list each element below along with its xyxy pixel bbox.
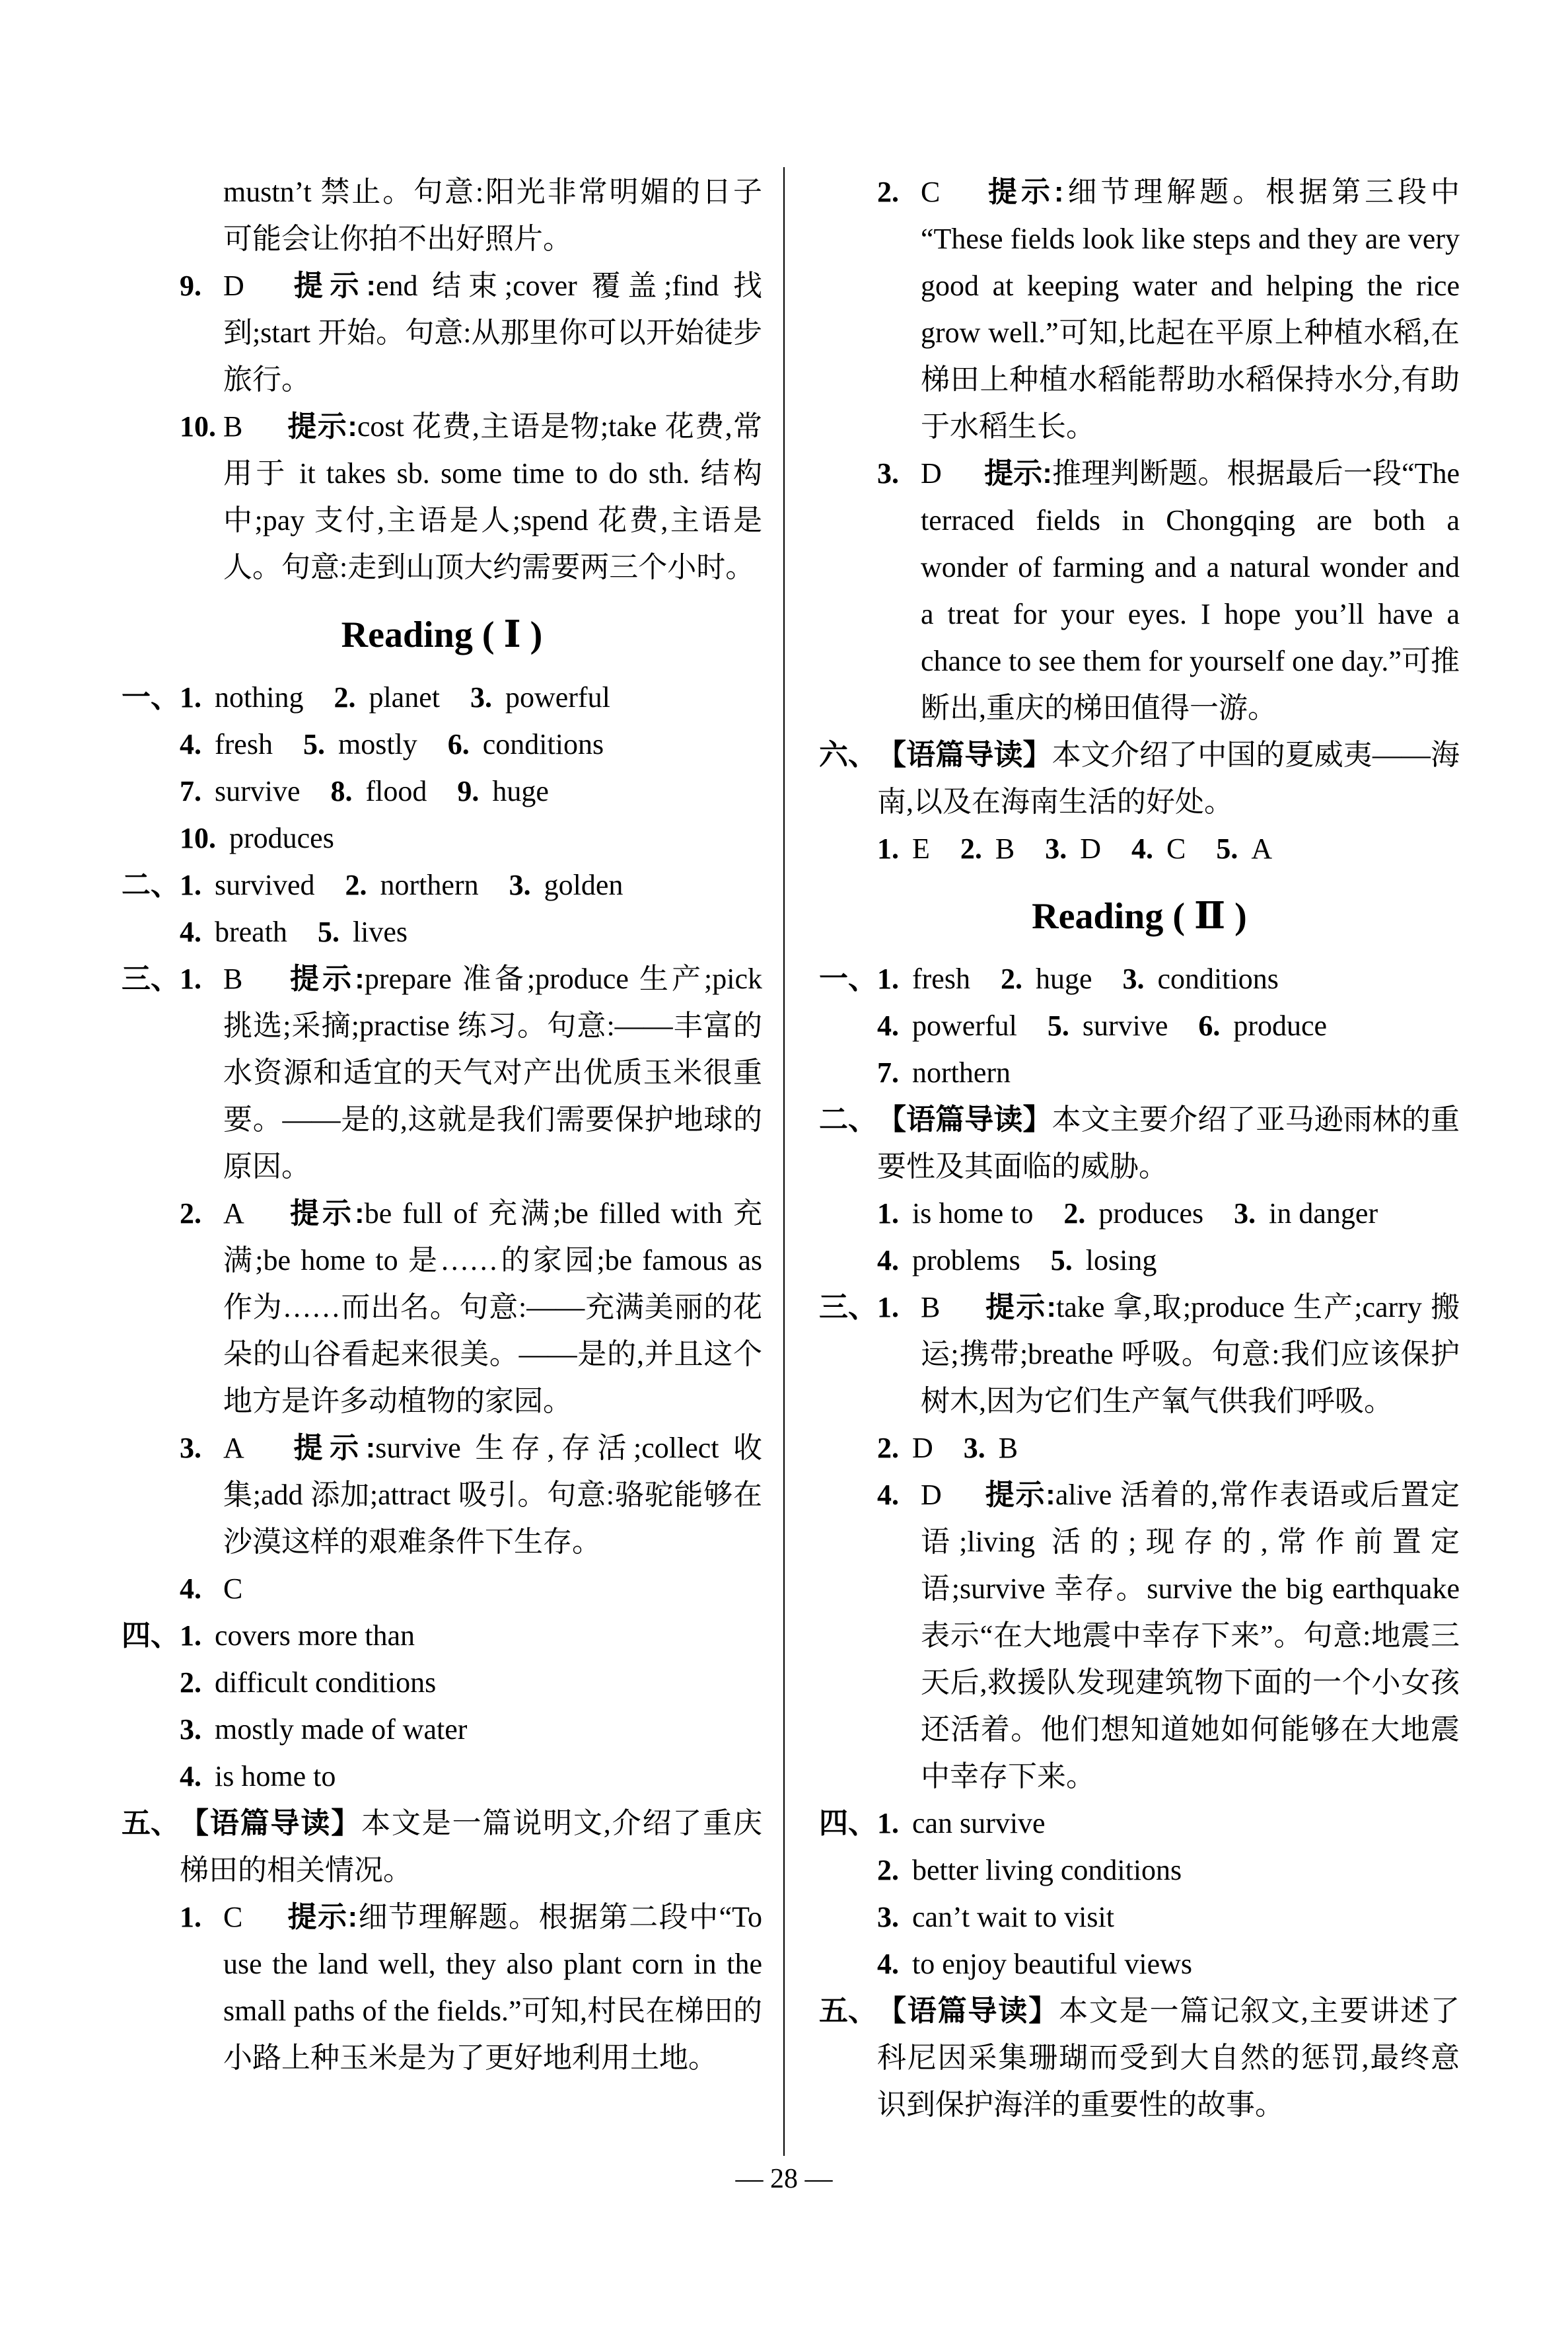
answer-pair: 4.powerful xyxy=(877,1002,1017,1049)
answer-pair: 2.northern xyxy=(345,862,479,908)
section-label: 五、 xyxy=(819,1987,877,2034)
explanation-text: mustn’t 禁止。句意:阳光非常明媚的日子可能会让你拍不出好照片。 xyxy=(223,176,762,255)
answer-number: 2. xyxy=(334,681,355,714)
item-number: 9. xyxy=(180,262,201,309)
answer-pair: 2.D xyxy=(877,1424,933,1471)
answer-word: is home to xyxy=(912,1197,1033,1230)
answer-explanation-item-right-0: 2.C提示:细节理解题。根据第三段中“These fields look lik… xyxy=(819,168,1460,450)
answer-pair: 6.produce xyxy=(1198,1002,1327,1049)
item-number: 4. xyxy=(877,1471,899,1518)
answer-word: powerful xyxy=(505,681,610,714)
item-number: 3. xyxy=(180,1424,201,1471)
answer-number: 3. xyxy=(1123,963,1145,995)
answer-number: 1. xyxy=(877,1807,899,1839)
answer-word: C xyxy=(1166,832,1186,865)
answer-letter: C xyxy=(223,1894,287,1940)
answer-word-line: 3.can’t wait to visit xyxy=(877,1894,1460,1940)
answer-word: produces xyxy=(1098,1197,1203,1230)
answer-pair: 2.produces xyxy=(1063,1190,1203,1237)
guide-bracket-label: 【语篇导读】 xyxy=(877,1103,1052,1136)
answer-explanation-item-right-8: 三、1.B提示:take 拿,取;produce 生产;carry 搬运;携带;… xyxy=(819,1284,1460,1424)
passage-guide-right-12: 五、【语篇导读】本文是一篇记叙文,主要讲述了科尼因采集珊瑚而受到大自然的惩罚,最… xyxy=(819,1987,1460,2128)
item-number: 10. xyxy=(180,403,216,450)
answer-word-line: 4.is home to xyxy=(180,1753,762,1800)
answer-explanation-item-left-8: 3.A提示:survive 生存,存活;collect 收集;add 添加;at… xyxy=(122,1424,762,1565)
explanation-continuation-left-0: mustn’t 禁止。句意:阳光非常明媚的日子可能会让你拍不出好照片。 xyxy=(122,168,762,262)
answer-word: nothing xyxy=(215,681,303,714)
passage-guide-right-6: 二、【语篇导读】本文主要介绍了亚马逊雨林的重要性及其面临的威胁。 xyxy=(819,1096,1460,1190)
answer-pair: 2.difficult conditions xyxy=(180,1659,436,1706)
answer-word: produce xyxy=(1233,1010,1327,1042)
explanation-text: 细节理解题。根据第三段中“These fields look like step… xyxy=(921,176,1460,443)
answer-word-line: 1.covers more than xyxy=(180,1612,762,1659)
answer-letter: C xyxy=(921,168,984,215)
answer-word: B xyxy=(995,832,1015,865)
answer-word: fresh xyxy=(215,728,273,760)
answer-word-line: 7.northern xyxy=(877,1049,1460,1096)
answer-word: huge xyxy=(492,775,549,807)
answer-explanation-item-right-10: 4.D提示:alive 活着的,常作表语或后置定语;living 活的;现存的,… xyxy=(819,1471,1460,1800)
answer-pair: 3.conditions xyxy=(1123,955,1279,1002)
answer-word: D xyxy=(912,1432,933,1464)
guide-bracket-label: 【语篇导读】 xyxy=(877,1995,1059,2027)
answer-pair: 3.powerful xyxy=(470,674,610,721)
answer-number: 8. xyxy=(331,775,353,807)
answer-number: 1. xyxy=(180,1619,201,1652)
answer-number: 3. xyxy=(1045,832,1067,865)
answer-letter: C xyxy=(223,1565,242,1612)
answer-word: breath xyxy=(215,916,287,948)
answer-word: survived xyxy=(215,869,315,901)
answer-word: northern xyxy=(912,1056,1011,1089)
answer-explanation-item-right-1: 3.D提示:推理判断题。根据最后一段“The terraced fields i… xyxy=(819,450,1460,731)
answer-word: to enjoy beautiful views xyxy=(912,1948,1192,1980)
answer-pair: 3.can’t wait to visit xyxy=(877,1894,1114,1940)
answer-word: survive xyxy=(1083,1010,1168,1042)
left-column: mustn’t 禁止。句意:阳光非常明媚的日子可能会让你拍不出好照片。9.D提示… xyxy=(122,168,762,2081)
answer-word-line: 4.fresh5.mostly6.conditions xyxy=(180,721,762,768)
answer-number: 3. xyxy=(1234,1197,1256,1230)
hint-label: 提示: xyxy=(287,410,357,443)
answer-word-group-right-9: 2.D3.B xyxy=(819,1424,1460,1471)
answer-number: 5. xyxy=(1048,1010,1069,1042)
passage-guide-right-2: 六、【语篇导读】本文介绍了中国的夏威夷——海南,以及在海南生活的好处。 xyxy=(819,731,1460,825)
answer-word: golden xyxy=(544,869,624,901)
answer-letter: B xyxy=(921,1284,984,1331)
answer-letter: A xyxy=(223,1190,287,1237)
reading-heading-left-3: Reading ( Ⅰ ) xyxy=(122,591,762,674)
answer-number: 5. xyxy=(303,728,325,760)
answer-word: survive xyxy=(215,775,301,807)
answer-word: conditions xyxy=(483,728,604,760)
answer-pair: 9.huge xyxy=(457,768,549,815)
hint-label: 提示: xyxy=(984,176,1064,208)
answer-word-group-right-11: 四、1.can survive2.better living condition… xyxy=(819,1800,1460,1987)
answer-explanation-item-left-7: 2.A提示:be full of 充满;be filled with 充满;be… xyxy=(122,1190,762,1424)
answer-number: 3. xyxy=(877,1901,899,1933)
hint-label: 提示: xyxy=(287,1901,357,1933)
answer-word-line: 1.is home to2.produces3.in danger xyxy=(877,1190,1460,1237)
answer-word-line: 1.can survive xyxy=(877,1800,1460,1847)
answer-number: 2. xyxy=(1001,963,1022,995)
answer-word: losing xyxy=(1086,1244,1157,1276)
answer-word-group-left-4: 一、1.nothing2.planet3.powerful4.fresh5.mo… xyxy=(122,674,762,862)
answer-letter: D xyxy=(223,262,287,309)
answer-pair: 4.C xyxy=(1131,825,1186,872)
section-label: 一、 xyxy=(122,674,180,721)
hint-label: 提示: xyxy=(984,1479,1055,1511)
answer-word: produces xyxy=(229,822,334,854)
answer-pair: 4.fresh xyxy=(180,721,273,768)
answer-pair: 3.D xyxy=(1045,825,1101,872)
hint-label: 提示: xyxy=(984,457,1052,490)
answer-word: covers more than xyxy=(215,1619,415,1652)
answer-letter: D xyxy=(921,450,984,497)
section-label: 六、 xyxy=(819,731,877,778)
answer-pair: 7.survive xyxy=(180,768,301,815)
item-number: 1. xyxy=(180,955,201,1002)
explanation-text: alive 活着的,常作表语或后置定语;living 活的;现存的,常作前置定语… xyxy=(921,1479,1460,1792)
hint-label: 提示: xyxy=(287,963,365,995)
answer-pair: 1.covers more than xyxy=(180,1612,415,1659)
answer-number: 2. xyxy=(180,1666,201,1699)
answer-word: huge xyxy=(1036,963,1092,995)
answer-number: 4. xyxy=(180,728,201,760)
answer-number: 6. xyxy=(448,728,470,760)
answer-word: planet xyxy=(369,681,440,714)
answer-word: powerful xyxy=(912,1010,1017,1042)
explanation-text: be full of 充满;be filled with 充满;be home … xyxy=(223,1197,762,1417)
page: { "footer": { "page_number": "— 28 —" },… xyxy=(0,0,1568,2325)
answer-word-group-right-3: 1.E2.B3.D4.C5.A xyxy=(819,825,1460,872)
answer-pair: 5.losing xyxy=(1051,1237,1157,1284)
answer-number: 3. xyxy=(509,869,531,901)
answer-number: 2. xyxy=(877,1854,899,1886)
explanation-text: prepare 准备;produce 生产;pick 挑选;采摘;practis… xyxy=(223,963,762,1183)
answer-pair: 1.E xyxy=(877,825,930,872)
answer-word-line: 2.difficult conditions xyxy=(180,1659,762,1706)
answer-pair: 1.nothing xyxy=(180,674,303,721)
answer-number: 9. xyxy=(457,775,479,807)
answer-number: 1. xyxy=(877,832,899,865)
answer-word-line: 1.fresh2.huge3.conditions xyxy=(877,955,1460,1002)
answer-word-line: 1.E2.B3.D4.C5.A xyxy=(877,825,1460,872)
answer-number: 1. xyxy=(180,869,201,901)
answer-number: 10. xyxy=(180,822,216,854)
page-number: — 28 — xyxy=(0,2159,1568,2199)
answer-word-group-right-7: 1.is home to2.produces3.in danger4.probl… xyxy=(819,1190,1460,1284)
answer-pair: 2.B xyxy=(960,825,1015,872)
answer-word: problems xyxy=(912,1244,1020,1276)
guide-bracket-label: 【语篇导读】 xyxy=(180,1807,361,1839)
section-label: 三、 xyxy=(122,955,180,1002)
answer-pair: 1.survived xyxy=(180,862,315,908)
answer-word-line: 7.survive8.flood9.huge xyxy=(180,768,762,815)
answer-word: lives xyxy=(353,916,408,948)
answer-explanation-item-left-1: 9.D提示:end 结束;cover 覆盖;find 找到;start 开始。句… xyxy=(122,262,762,403)
answer-pair: 7.northern xyxy=(877,1049,1011,1096)
answer-letter: D xyxy=(921,1471,984,1518)
answer-word-line: 2.D3.B xyxy=(877,1424,1460,1471)
answer-letter: B xyxy=(223,403,287,450)
answer-pair: 3.in danger xyxy=(1234,1190,1378,1237)
hint-label: 提示: xyxy=(287,1432,375,1464)
answer-number: 7. xyxy=(877,1056,899,1089)
answer-word: flood xyxy=(366,775,427,807)
answer-word: northern xyxy=(380,869,479,901)
answer-number: 5. xyxy=(1051,1244,1073,1276)
reading-heading-right-4: Reading ( Ⅱ ) xyxy=(819,872,1460,955)
section-label: 四、 xyxy=(819,1800,877,1847)
answer-word: A xyxy=(1251,832,1272,865)
answer-number: 4. xyxy=(180,1760,201,1792)
hint-label: 提示: xyxy=(984,1291,1056,1323)
answer-number: 4. xyxy=(1131,832,1153,865)
answer-word: D xyxy=(1080,832,1101,865)
section-label: 三、 xyxy=(819,1284,877,1331)
item-number: 3. xyxy=(877,450,899,497)
answer-pair: 5.mostly xyxy=(303,721,417,768)
answer-pair: 2.better living conditions xyxy=(877,1847,1182,1894)
answer-pair: 4.to enjoy beautiful views xyxy=(877,1940,1192,1987)
answer-pair: 1.is home to xyxy=(877,1190,1033,1237)
answer-word: fresh xyxy=(912,963,970,995)
answer-pair: 3.mostly made of water xyxy=(180,1706,467,1753)
item-number: 1. xyxy=(877,1284,899,1331)
answer-pair: 8.flood xyxy=(331,768,427,815)
answer-word-group-left-5: 二、1.survived2.northern3.golden4.breath5.… xyxy=(122,862,762,955)
section-label: 二、 xyxy=(819,1096,877,1143)
item-number: 4. xyxy=(180,1565,201,1612)
right-column: 2.C提示:细节理解题。根据第三段中“These fields look lik… xyxy=(819,168,1460,2128)
item-number: 2. xyxy=(877,168,899,215)
section-label: 四、 xyxy=(122,1612,180,1659)
answer-word: in danger xyxy=(1269,1197,1378,1230)
answer-word: conditions xyxy=(1158,963,1279,995)
section-label: 二、 xyxy=(122,862,180,908)
answer-letter: B xyxy=(223,955,287,1002)
answer-word-group-right-5: 一、1.fresh2.huge3.conditions4.powerful5.s… xyxy=(819,955,1460,1096)
answer-pair: 3.golden xyxy=(509,862,624,908)
answer-word: better living conditions xyxy=(912,1854,1182,1886)
answer-number: 4. xyxy=(877,1244,899,1276)
answer-pair: 3.B xyxy=(964,1424,1018,1471)
guide-bracket-label: 【语篇导读】 xyxy=(877,739,1052,771)
answer-number: 5. xyxy=(318,916,339,948)
passage-guide-left-11: 五、【语篇导读】本文是一篇说明文,介绍了重庆梯田的相关情况。 xyxy=(122,1800,762,1894)
answer-word-group-left-10: 四、1.covers more than2.difficult conditio… xyxy=(122,1612,762,1800)
answer-word: is home to xyxy=(215,1760,336,1792)
answer-word: can’t wait to visit xyxy=(912,1901,1114,1933)
answer-pair: 2.huge xyxy=(1001,955,1092,1002)
answer-number: 2. xyxy=(345,869,367,901)
column-divider-line xyxy=(783,167,785,2156)
answer-pair: 4.breath xyxy=(180,908,287,955)
answer-number: 3. xyxy=(964,1432,985,1464)
answer-pair: 2.planet xyxy=(334,674,440,721)
answer-number: 7. xyxy=(180,775,201,807)
section-label: 一、 xyxy=(819,955,877,1002)
answer-word-line: 1.nothing2.planet3.powerful xyxy=(180,674,762,721)
answer-number: 1. xyxy=(180,681,201,714)
hint-label: 提示: xyxy=(287,1197,365,1230)
answer-letter: A xyxy=(223,1424,287,1471)
answer-word: can survive xyxy=(912,1807,1046,1839)
hint-label: 提示: xyxy=(287,270,376,302)
answer-word-line: 4.to enjoy beautiful views xyxy=(877,1940,1460,1987)
answer-word-line: 4.breath5.lives xyxy=(180,908,762,955)
answer-number: 2. xyxy=(877,1432,899,1464)
answer-number: 4. xyxy=(180,916,201,948)
answer-pair: 1.fresh xyxy=(877,955,970,1002)
answer-word: E xyxy=(912,832,930,865)
answer-number: 3. xyxy=(470,681,492,714)
explanation-text: 推理判断题。根据最后一段“The terraced fields in Chon… xyxy=(921,457,1460,724)
answer-pair: 5.survive xyxy=(1048,1002,1168,1049)
answer-word: mostly made of water xyxy=(215,1713,467,1746)
answer-pair: 4.problems xyxy=(877,1237,1020,1284)
answer-word: B xyxy=(999,1432,1018,1464)
answer-pair: 10.produces xyxy=(180,815,334,862)
answer-word-line: 4.problems5.losing xyxy=(877,1237,1460,1284)
answer-number: 2. xyxy=(1063,1197,1085,1230)
answer-pair: 1.can survive xyxy=(877,1800,1046,1847)
answer-word-line: 10.produces xyxy=(180,815,762,862)
section-label: 五、 xyxy=(122,1800,180,1847)
answer-pair: 5.A xyxy=(1216,825,1272,872)
answer-word-line: 1.survived2.northern3.golden xyxy=(180,862,762,908)
answer-pair: 5.lives xyxy=(318,908,408,955)
answer-number: 5. xyxy=(1216,832,1238,865)
answer-word-line: 2.better living conditions xyxy=(877,1847,1460,1894)
item-number: 2. xyxy=(180,1190,201,1237)
answer-pair: 6.conditions xyxy=(448,721,604,768)
answer-number: 1. xyxy=(877,963,899,995)
answer-number: 4. xyxy=(877,1010,899,1042)
answer-number: 4. xyxy=(877,1948,899,1980)
answer-word-line: 4.powerful5.survive6.produce xyxy=(877,1002,1460,1049)
answer-number: 2. xyxy=(960,832,982,865)
answer-explanation-item-left-2: 10.B提示:cost 花费,主语是物;take 花费,常用于 it takes… xyxy=(122,403,762,591)
item-number: 1. xyxy=(180,1894,201,1940)
answer-pair: 4.is home to xyxy=(180,1753,336,1800)
answer-number: 6. xyxy=(1198,1010,1220,1042)
answer-explanation-item-left-12: 1.C提示:细节理解题。根据第二段中“To use the land well,… xyxy=(122,1894,762,2081)
answer-number: 1. xyxy=(877,1197,899,1230)
answer-word: mostly xyxy=(338,728,417,760)
answer-word: difficult conditions xyxy=(215,1666,436,1699)
answer-explanation-item-left-9: 4.C xyxy=(122,1565,762,1612)
answer-explanation-item-left-6: 三、1.B提示:prepare 准备;produce 生产;pick 挑选;采摘… xyxy=(122,955,762,1190)
answer-number: 3. xyxy=(180,1713,201,1746)
answer-word-line: 3.mostly made of water xyxy=(180,1706,762,1753)
